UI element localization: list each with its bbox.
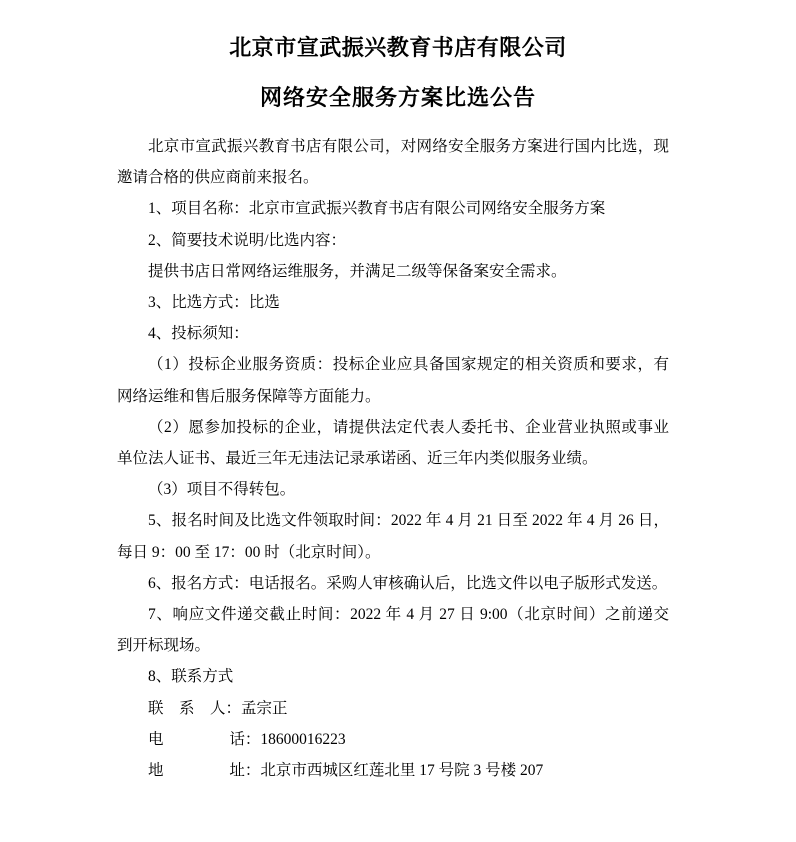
- text-line: 1、项目名称：北京市宣武振兴教育书店有限公司网络安全服务方案: [117, 193, 669, 224]
- text-line: 7、响应文件递交截止时间：2022 年 4 月 27 日 9:00（北京时间）之…: [117, 599, 669, 630]
- document-title: 北京市宣武振兴教育书店有限公司: [0, 32, 796, 64]
- text-line: （1）投标企业服务资质：投标企业应具备国家规定的相关资质和要求，有: [117, 349, 669, 380]
- text-line: （3）项目不得转包。: [117, 474, 669, 505]
- document-page: 北京市宣武振兴教育书店有限公司 网络安全服务方案比选公告 北京市宣武振兴教育书店…: [0, 0, 796, 842]
- text-line: 联 系 人：孟宗正: [117, 693, 669, 724]
- text-line: 3、比选方式：比选: [117, 287, 669, 318]
- text-line: 6、报名方式：电话报名。采购人审核确认后，比选文件以电子版形式发送。: [117, 568, 669, 599]
- document-subtitle: 网络安全服务方案比选公告: [0, 82, 796, 114]
- text-line: 到开标现场。: [117, 630, 669, 661]
- text-line: 每日 9：00 至 17：00 时（北京时间）。: [117, 537, 669, 568]
- text-line: 邀请合格的供应商前来报名。: [117, 162, 669, 193]
- text-line: 地 址：北京市西城区红莲北里 17 号院 3 号楼 207: [117, 755, 669, 786]
- document-body: 北京市宣武振兴教育书店有限公司，对网络安全服务方案进行国内比选，现邀请合格的供应…: [117, 131, 669, 786]
- text-line: 网络运维和售后服务保障等方面能力。: [117, 381, 669, 412]
- text-line: 北京市宣武振兴教育书店有限公司，对网络安全服务方案进行国内比选，现: [117, 131, 669, 162]
- text-line: 提供书店日常网络运维服务，并满足二级等保备案安全需求。: [117, 256, 669, 287]
- text-line: 8、联系方式: [117, 661, 669, 692]
- text-line: （2）愿参加投标的企业，请提供法定代表人委托书、企业营业执照或事业: [117, 412, 669, 443]
- text-line: 单位法人证书、最近三年无违法记录承诺函、近三年内类似服务业绩。: [117, 443, 669, 474]
- text-line: 电 话：18600016223: [117, 724, 669, 755]
- text-line: 2、简要技术说明/比选内容：: [117, 225, 669, 256]
- text-line: 5、报名时间及比选文件领取时间：2022 年 4 月 21 日至 2022 年 …: [117, 505, 669, 536]
- text-line: 4、投标须知：: [117, 318, 669, 349]
